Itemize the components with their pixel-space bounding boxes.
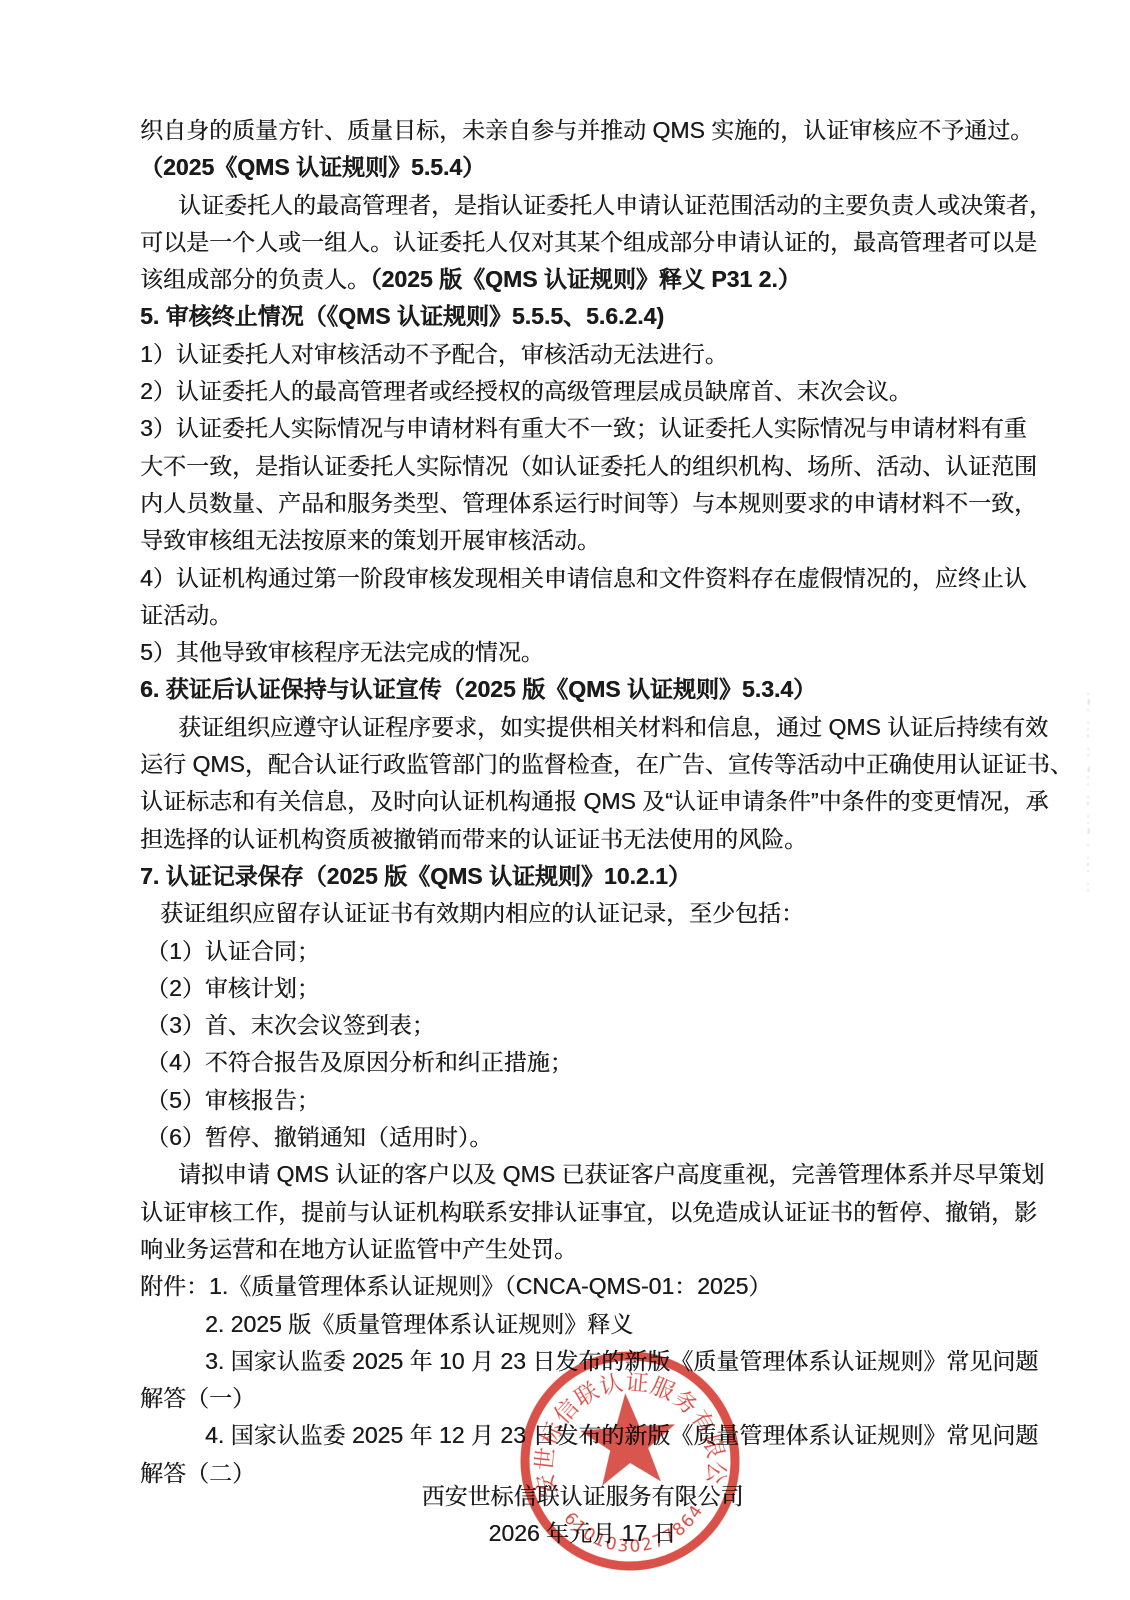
document-line: 2. 2025 版《质量管理体系认证规则》释义 (140, 1306, 1025, 1343)
document-line: （5）审核报告； (140, 1082, 1025, 1119)
document-line: 认证委托人的最高管理者，是指认证委托人申请认证范围活动的主要负责人或决策者， (140, 187, 1025, 224)
document-page: 织自身的质量方针、质量目标，未亲自参与并推动 QMS 实施的，认证审核应不予通过… (0, 0, 1130, 1600)
document-line: （4）不符合报告及原因分析和纠正措施； (140, 1044, 1025, 1081)
document-line: 该组成部分的负责人。（2025 版《QMS 认证规则》释义 P31 2.） (140, 261, 1025, 298)
document-body: 织自身的质量方针、质量目标，未亲自参与并推动 QMS 实施的，认证审核应不予通过… (140, 112, 1025, 1492)
bleedthrough-text: ·~· ··- ·· ~·· ·- ··~ · ·-· ·· (1082, 692, 1094, 940)
document-line: （2）审核计划； (140, 970, 1025, 1007)
document-line: 证活动。 (140, 597, 1025, 634)
document-line: 内人员数量、产品和服务类型、管理体系运行时间等）与本规则要求的申请材料不一致， (140, 485, 1025, 522)
document-line: 大不一致，是指认证委托人实际情况（如认证委托人的组织机构、场所、活动、认证范围 (140, 448, 1025, 485)
document-line: 4）认证机构通过第一阶段审核发现相关申请信息和文件资料存在虚假情况的，应终止认 (140, 560, 1025, 597)
document-line: 解答（一） (140, 1380, 1025, 1417)
document-line: （1）认证合同； (140, 933, 1025, 970)
document-line: 3. 国家认监委 2025 年 10 月 23 日发布的新版《质量管理体系认证规… (140, 1343, 1025, 1380)
document-line: 担选择的认证机构资质被撤销而带来的认证证书无法使用的风险。 (140, 821, 1025, 858)
document-line: 响业务运营和在地方认证监管中产生处罚。 (140, 1231, 1025, 1268)
document-line: 5）其他导致审核程序无法完成的情况。 (140, 634, 1025, 671)
document-line: 3）认证委托人实际情况与申请材料有重大不一致；认证委托人实际情况与申请材料有重 (140, 410, 1025, 447)
document-line: 7. 认证记录保存（2025 版《QMS 认证规则》10.2.1） (140, 858, 1025, 895)
signature-block: 西安世标信联认证服务有限公司 2026 年元月 17 日 (140, 1478, 1025, 1553)
signature-company: 西安世标信联认证服务有限公司 (140, 1478, 1025, 1515)
document-line: （3）首、末次会议签到表； (140, 1007, 1025, 1044)
document-line: 认证审核工作，提前与认证机构联系安排认证事宜，以免造成认证证书的暂停、撤销，影 (140, 1194, 1025, 1231)
document-line: 认证标志和有关信息，及时向认证机构通报 QMS 及“认证申请条件”中条件的变更情… (140, 783, 1025, 820)
document-line: 获证组织应遵守认证程序要求，如实提供相关材料和信息，通过 QMS 认证后持续有效 (140, 709, 1025, 746)
document-line: 1）认证委托人对审核活动不予配合，审核活动无法进行。 (140, 336, 1025, 373)
document-line: 织自身的质量方针、质量目标，未亲自参与并推动 QMS 实施的，认证审核应不予通过… (140, 112, 1025, 149)
document-line: 6. 获证后认证保持与认证宣传（2025 版《QMS 认证规则》5.3.4） (140, 671, 1025, 708)
document-line: （2025《QMS 认证规则》5.5.4） (140, 149, 1025, 186)
document-line: 5. 审核终止情况（《QMS 认证规则》5.5.5、5.6.2.4) (140, 298, 1025, 335)
document-line: 获证组织应留存认证证书有效期内相应的认证记录，至少包括： (140, 895, 1025, 932)
document-line: 导致审核组无法按原来的策划开展审核活动。 (140, 522, 1025, 559)
document-line: （6）暂停、撤销通知（适用时）。 (140, 1119, 1025, 1156)
document-line: 2）认证委托人的最高管理者或经授权的高级管理层成员缺席首、末次会议。 (140, 373, 1025, 410)
document-line: 附件：1.《质量管理体系认证规则》（CNCA-QMS-01：2025） (140, 1268, 1025, 1305)
signature-date: 2026 年元月 17 日 (140, 1515, 1025, 1552)
document-line: 请拟申请 QMS 认证的客户以及 QMS 已获证客户高度重视，完善管理体系并尽早… (140, 1156, 1025, 1193)
document-line: 运行 QMS，配合认证行政监管部门的监督检查，在广告、宣传等活动中正确使用认证证… (140, 746, 1025, 783)
document-line: 4. 国家认监委 2025 年 12 月 23 日发布的新版《质量管理体系认证规… (140, 1417, 1025, 1454)
document-line: 可以是一个人或一组人。认证委托人仅对其某个组成部分申请认证的，最高管理者可以是 (140, 224, 1025, 261)
